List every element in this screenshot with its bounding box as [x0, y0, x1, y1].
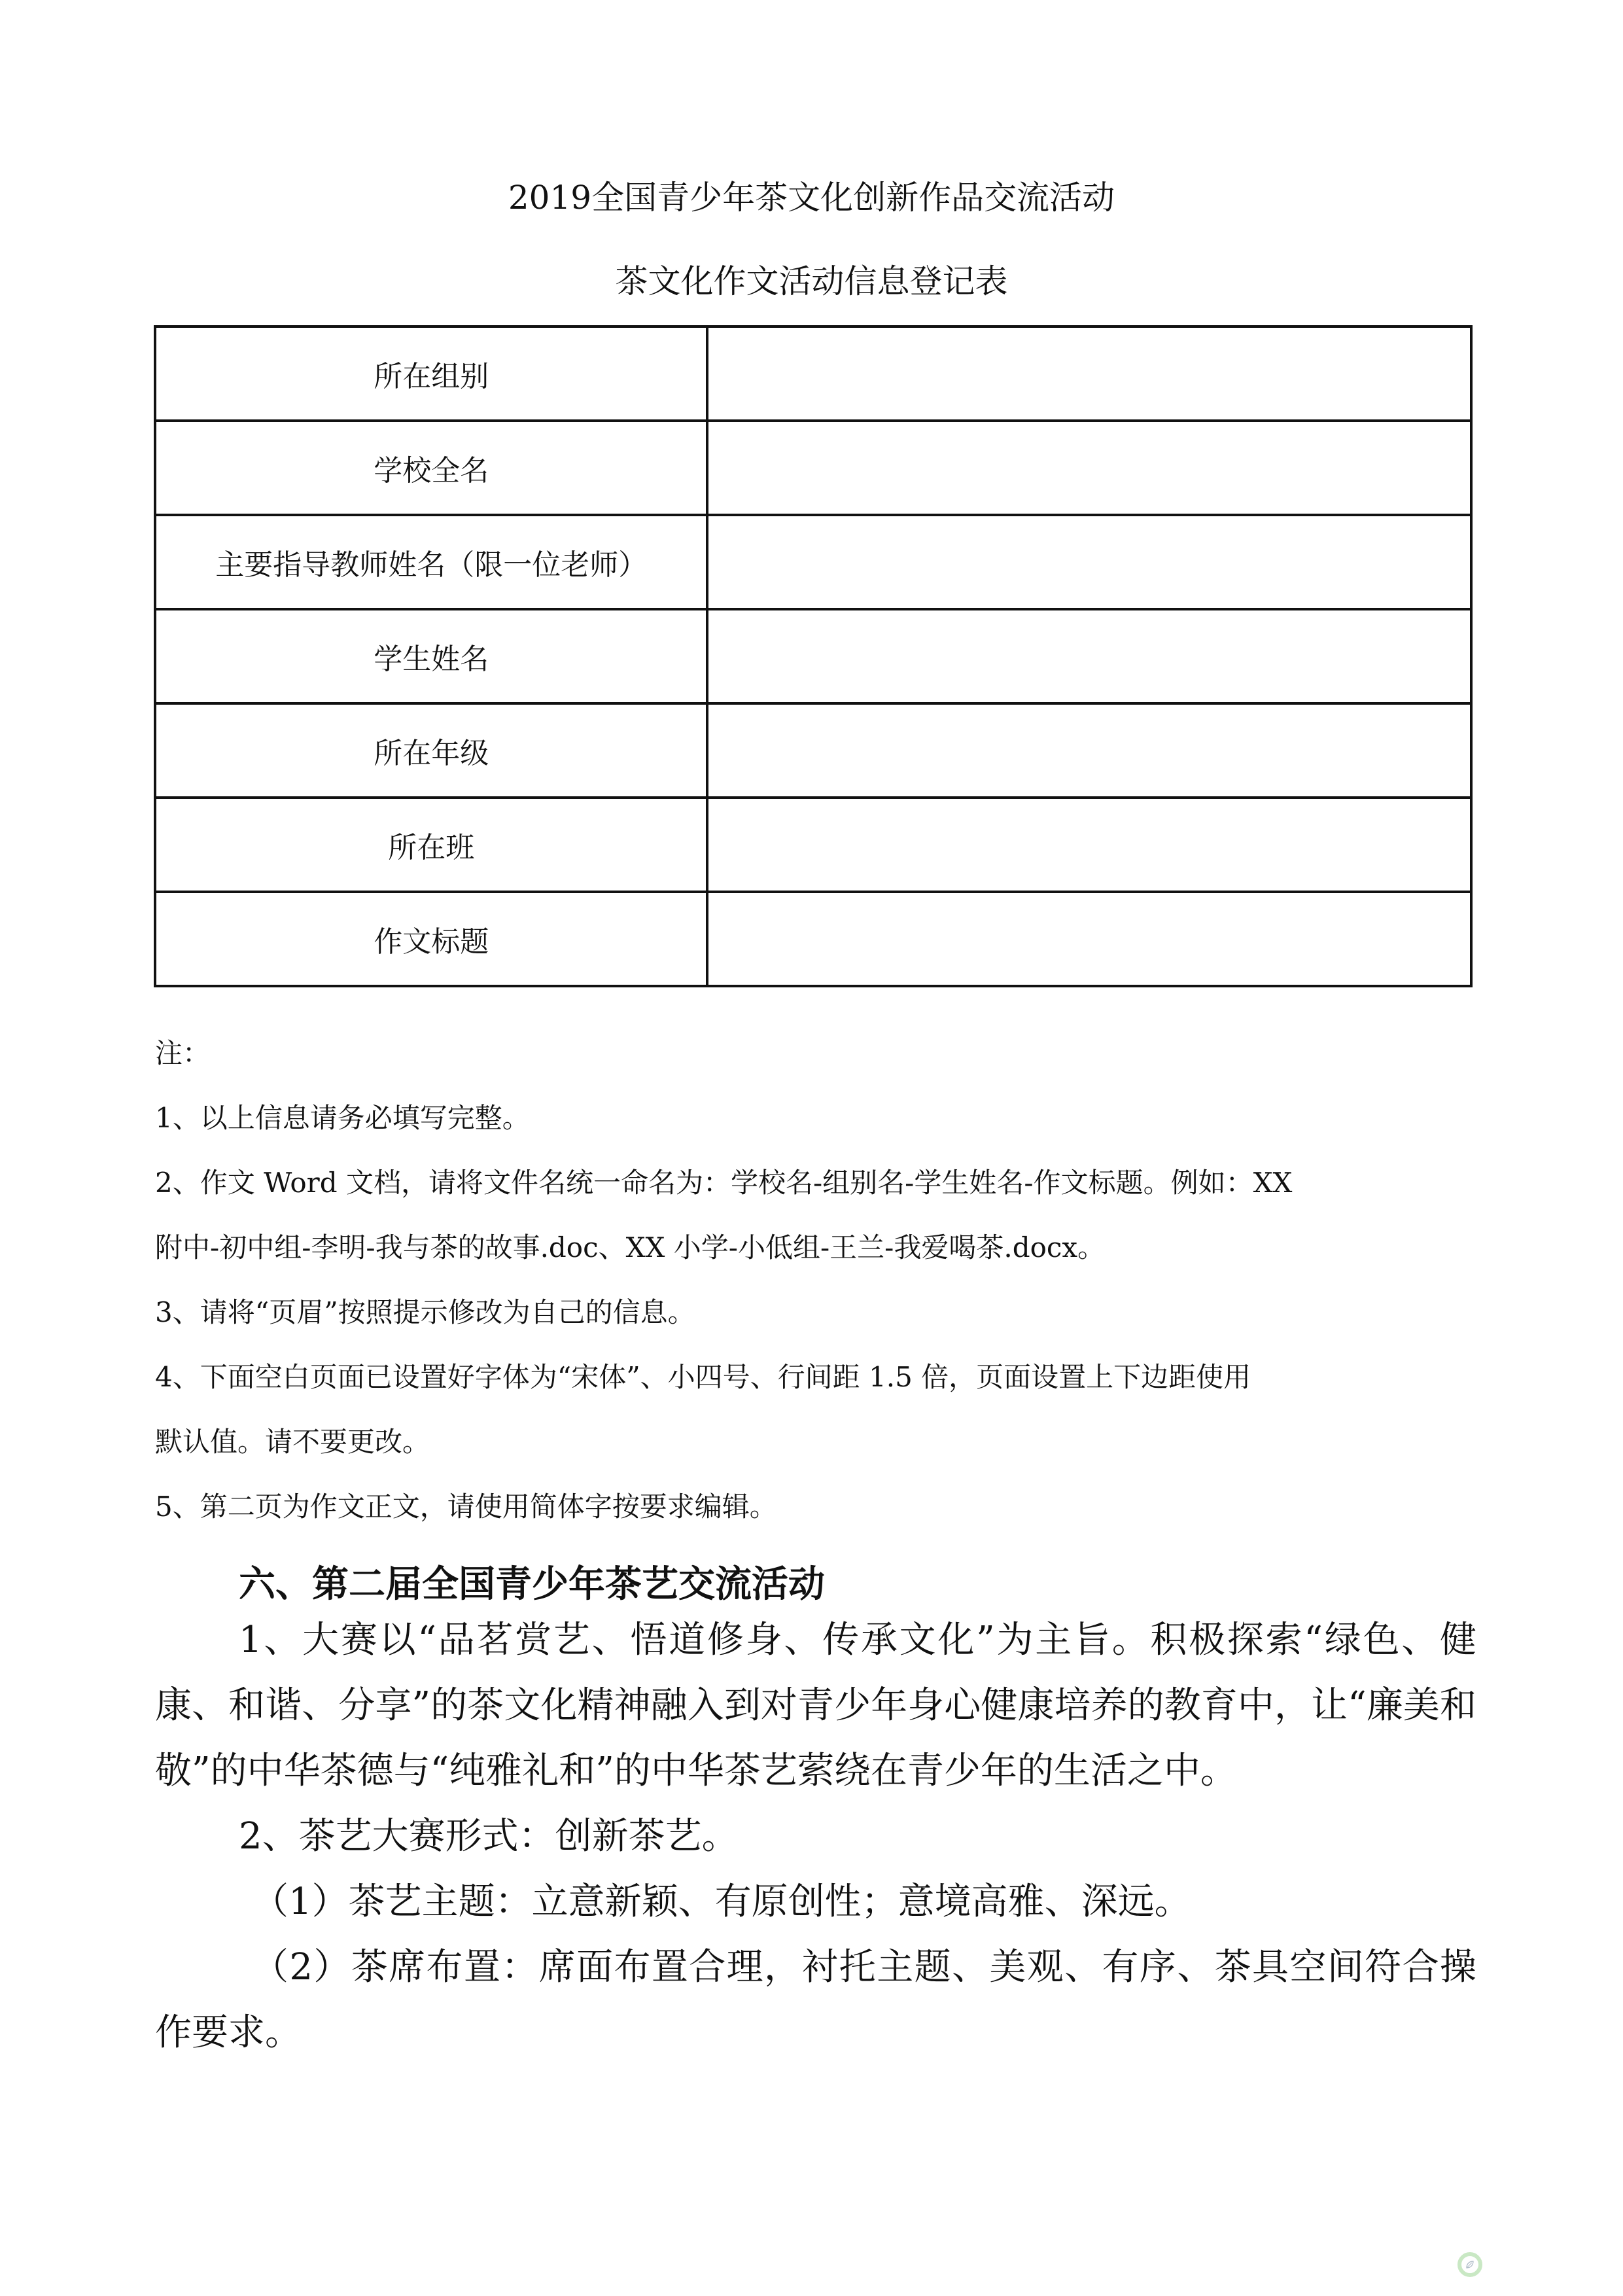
table-row: 作文标题 [155, 892, 1471, 986]
section-paragraph: 2、茶艺大赛形式：创新茶艺。 [155, 1804, 1476, 1869]
table-row: 所在班 [155, 798, 1471, 892]
note-line: 5、第二页为作文正文，请使用简体字按要求编辑。 [155, 1474, 1476, 1539]
form-title: 茶文化作文活动信息登记表 [0, 262, 1623, 301]
row-label-group: 所在组别 [155, 327, 707, 421]
tea-art-section: 六、第二届全国青少年茶艺交流活动 1、大赛以“品茗赏艺、悟道修身、传承文化”为主… [155, 1561, 1476, 2066]
note-line: 2、作文 Word 文档，请将文件名统一命名为：学校名-组别名-学生姓名-作文标… [155, 1150, 1476, 1215]
table-row: 所在组别 [155, 327, 1471, 421]
section-heading: 六、第二届全国青少年茶艺交流活动 [239, 1561, 1476, 1608]
student-field[interactable] [707, 609, 1471, 703]
leaf-icon [1465, 2259, 1475, 2270]
row-label-grade: 所在年级 [155, 703, 707, 798]
registration-table: 所在组别 学校全名 主要指导教师姓名（限一位老师） 学生姓名 所在年级 所在班 … [154, 325, 1473, 987]
grade-field[interactable] [707, 703, 1471, 798]
note-line: 默认值。请不要更改。 [155, 1409, 1476, 1474]
essay-title-field[interactable] [707, 892, 1471, 986]
row-label-school: 学校全名 [155, 421, 707, 515]
row-label-essay-title: 作文标题 [155, 892, 707, 986]
note-line: 4、下面空白页面已设置好字体为“宋体”、小四号、行间距 1.5 倍，页面设置上下… [155, 1345, 1476, 1409]
table-row: 所在年级 [155, 703, 1471, 798]
leaf-seal-icon [1457, 2252, 1482, 2277]
document-title: 2019全国青少年茶文化创新作品交流活动 [0, 178, 1623, 217]
school-field[interactable] [707, 421, 1471, 515]
table-row: 学生姓名 [155, 609, 1471, 703]
group-field[interactable] [707, 327, 1471, 421]
table-row: 主要指导教师姓名（限一位老师） [155, 515, 1471, 609]
note-line: 附中-初中组-李明-我与茶的故事.doc、XX 小学-小低组-王兰-我爱喝茶.d… [155, 1215, 1476, 1280]
class-field[interactable] [707, 798, 1471, 892]
row-label-student: 学生姓名 [155, 609, 707, 703]
teacher-field[interactable] [707, 515, 1471, 609]
notes-heading: 注： [155, 1021, 1476, 1086]
row-label-teacher: 主要指导教师姓名（限一位老师） [155, 515, 707, 609]
note-line: 1、以上信息请务必填写完整。 [155, 1086, 1476, 1150]
section-paragraph: 1、大赛以“品茗赏艺、悟道修身、传承文化”为主旨。积极探索“绿色、健康、和谐、分… [155, 1608, 1476, 1804]
notes-section: 注： 1、以上信息请务必填写完整。 2、作文 Word 文档，请将文件名统一命名… [155, 1021, 1476, 1539]
table-row: 学校全名 [155, 421, 1471, 515]
section-list-item: （1）茶艺主题：立意新颖、有原创性；意境高雅、深远。 [155, 1869, 1476, 1935]
row-label-class: 所在班 [155, 798, 707, 892]
note-line: 3、请将“页眉”按照提示修改为自己的信息。 [155, 1280, 1476, 1345]
section-list-item: （2）茶席布置：席面布置合理，衬托主题、美观、有序、茶具空间符合操作要求。 [155, 1935, 1476, 2066]
